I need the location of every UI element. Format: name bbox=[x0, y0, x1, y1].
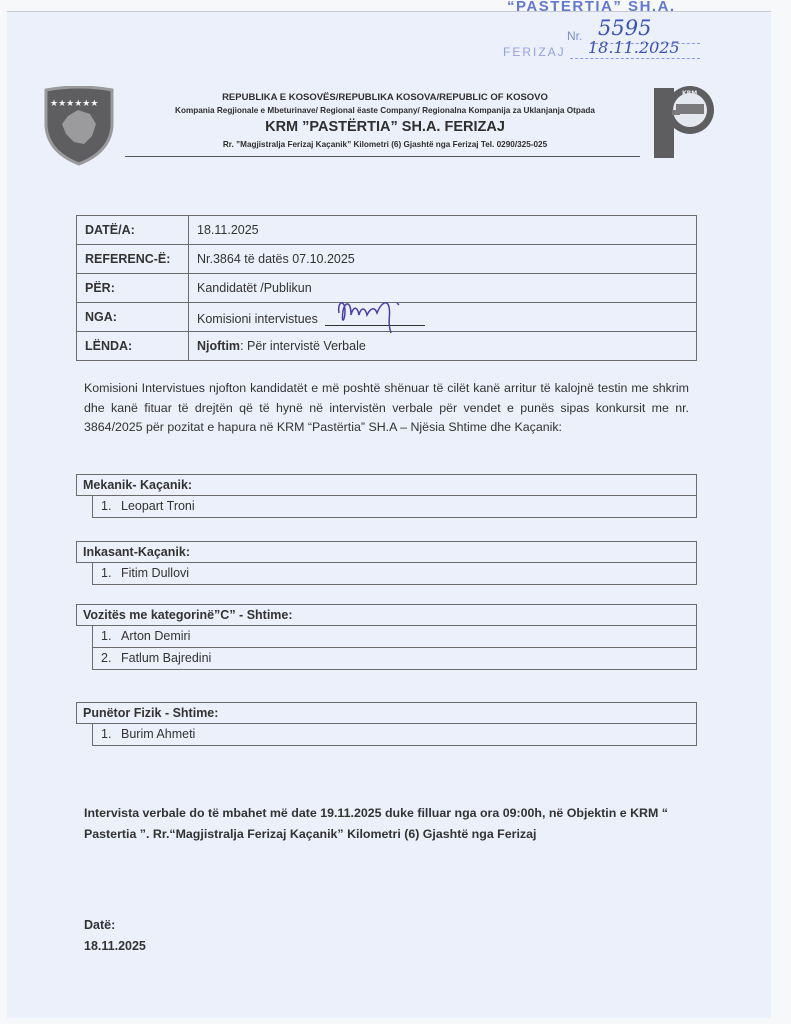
candidate-number: 1. bbox=[101, 626, 121, 647]
letterhead-country: REPUBLIKA E KOSOVËS/REPUBLIKA KOSOVA/REP… bbox=[125, 92, 645, 103]
stamp-city: FERIZAJ bbox=[503, 45, 566, 59]
table-row: REFERENC-Ë: Nr.3864 të datës 07.10.2025 bbox=[77, 245, 697, 274]
stamp-line bbox=[570, 58, 700, 59]
reference-label: REFERENC-Ë: bbox=[77, 245, 189, 274]
position-title: Mekanik- Kaçanik: bbox=[76, 474, 697, 496]
candidate-name: Leopart Troni bbox=[121, 499, 195, 513]
letterhead-company-names: Kompania Regjionale e Mbeturinave/ Regio… bbox=[125, 106, 645, 115]
reference-value: Nr.3864 të datës 07.10.2025 bbox=[189, 245, 697, 274]
candidate-name: Fatlum Bajredini bbox=[121, 651, 211, 665]
candidate-row: 1.Arton Demiri bbox=[92, 626, 697, 648]
stamp-nr-label: Nr. bbox=[567, 29, 582, 43]
footer-date-block: Datë: 18.11.2025 bbox=[84, 915, 146, 957]
footer-date-value: 18.11.2025 bbox=[84, 936, 146, 957]
position-section: Mekanik- Kaçanik: 1.Leopart Troni bbox=[76, 474, 697, 518]
candidate-name: Arton Demiri bbox=[121, 629, 190, 643]
candidate-number: 2. bbox=[101, 648, 121, 669]
date-value: 18.11.2025 bbox=[189, 216, 697, 245]
candidate-name: Fitim Dullovi bbox=[121, 566, 189, 580]
table-row: DATË/A: 18.11.2025 bbox=[77, 216, 697, 245]
stamp-number: 5595 bbox=[598, 16, 651, 40]
position-section: Vozitës me kategorinë”C” - Shtime: 1.Art… bbox=[76, 604, 697, 670]
stamp-title: “PASTERTIA” SH.A. bbox=[507, 0, 676, 15]
candidate-row: 2.Fatlum Bajredini bbox=[92, 648, 697, 670]
position-title: Inkasant-Kaçanik: bbox=[76, 541, 697, 563]
stamp-date: 18.11.2025 bbox=[588, 38, 680, 57]
position-section: Inkasant-Kaçanik: 1.Fitim Dullovi bbox=[76, 541, 697, 585]
kosovo-coat-of-arms-icon: ★★★★★★ bbox=[42, 86, 116, 166]
subject-rest: : Për intervistë Verbale bbox=[240, 339, 366, 353]
candidate-number: 1. bbox=[101, 496, 121, 517]
subject-label: LËNDA: bbox=[77, 332, 189, 361]
letterhead-divider bbox=[125, 156, 640, 157]
position-section: Punëtor Fizik - Shtime: 1.Burim Ahmeti bbox=[76, 702, 697, 746]
letterhead-address: Rr. ”Magjistralja Ferizaj Kaçanik” Kilom… bbox=[125, 140, 645, 149]
intro-paragraph: Komisioni Intervistues njofton kandidatë… bbox=[84, 379, 689, 438]
subject-bold: Njoftim bbox=[197, 339, 240, 353]
memo-header-table: DATË/A: 18.11.2025 REFERENC-Ë: Nr.3864 t… bbox=[76, 215, 697, 361]
svg-text:KRM: KRM bbox=[682, 90, 697, 97]
footer-date-label: Datë: bbox=[84, 915, 146, 936]
date-label: DATË/A: bbox=[77, 216, 189, 245]
position-title: Vozitës me kategorinë”C” - Shtime: bbox=[76, 604, 697, 626]
from-cell: Komisioni intervistues bbox=[189, 303, 697, 332]
candidate-row: 1.Fitim Dullovi bbox=[92, 563, 697, 585]
svg-text:★★★★★★: ★★★★★★ bbox=[50, 99, 98, 109]
letterhead: REPUBLIKA E KOSOVËS/REPUBLIKA KOSOVA/REP… bbox=[125, 92, 645, 149]
from-label: NGA: bbox=[77, 303, 189, 332]
subject-cell: Njoftim: Për intervistë Verbale bbox=[189, 332, 697, 361]
letterhead-company: KRM ”PASTËRTIA” SH.A. FERIZAJ bbox=[125, 119, 645, 135]
to-label: PËR: bbox=[77, 274, 189, 303]
interview-notice: Intervista verbale do të mbahet më date … bbox=[84, 803, 704, 845]
from-value: Komisioni intervistues bbox=[197, 312, 318, 326]
to-value: Kandidatët /Publikun bbox=[189, 274, 697, 303]
position-title: Punëtor Fizik - Shtime: bbox=[76, 702, 697, 724]
candidate-name: Burim Ahmeti bbox=[121, 727, 195, 741]
candidate-row: 1.Leopart Troni bbox=[92, 496, 697, 518]
signature bbox=[325, 309, 425, 326]
candidate-row: 1.Burim Ahmeti bbox=[92, 724, 697, 746]
krm-logo-icon: KRM bbox=[652, 84, 724, 158]
candidate-number: 1. bbox=[101, 563, 121, 584]
table-row: NGA: Komisioni intervistues bbox=[77, 303, 697, 332]
candidate-number: 1. bbox=[101, 724, 121, 745]
